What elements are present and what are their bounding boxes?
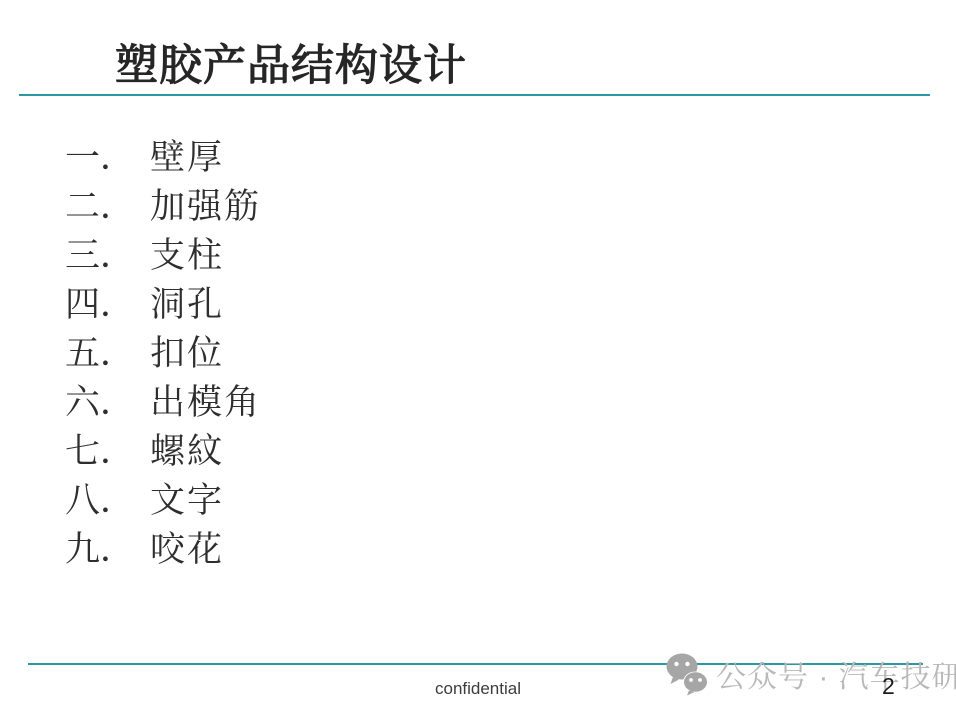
toc-item-number: 九． bbox=[65, 522, 150, 572]
toc-item: 六．出模角 bbox=[65, 375, 261, 424]
toc-item: 七．螺紋 bbox=[65, 424, 261, 473]
toc-item-number: 一． bbox=[65, 130, 150, 180]
toc-item-label: 支柱 bbox=[150, 228, 224, 278]
toc-item-label: 文字 bbox=[150, 473, 224, 523]
toc-item-number: 五． bbox=[65, 326, 150, 376]
toc-item: 三．支柱 bbox=[65, 228, 261, 277]
toc-item-number: 二． bbox=[65, 179, 150, 229]
toc-item: 五．扣位 bbox=[65, 326, 261, 375]
toc-item-label: 壁厚 bbox=[150, 130, 224, 180]
toc-item-label: 螺紋 bbox=[150, 424, 224, 474]
title-divider-line bbox=[19, 94, 930, 96]
toc-item-number: 四． bbox=[65, 277, 150, 327]
toc-item-number: 七． bbox=[65, 424, 150, 474]
watermark-label: 公众号 · 汽车技研 bbox=[716, 652, 956, 696]
toc-item-label: 扣位 bbox=[150, 326, 224, 376]
slide-title: 塑胶产品结构设计 bbox=[115, 32, 467, 93]
toc-item-label: 咬花 bbox=[150, 522, 224, 572]
toc-list: 一．壁厚二．加强筋三．支柱四．洞孔五．扣位六．出模角七．螺紋八．文字九．咬花 bbox=[65, 130, 261, 571]
toc-item-number: 八． bbox=[65, 473, 150, 523]
wechat-icon bbox=[666, 652, 708, 696]
toc-item-number: 六． bbox=[65, 375, 150, 425]
page-number: 2 bbox=[882, 673, 895, 700]
toc-item-label: 加强筋 bbox=[150, 179, 261, 229]
toc-item-number: 三． bbox=[65, 228, 150, 278]
toc-item: 一．壁厚 bbox=[65, 130, 261, 179]
watermark: 公众号 · 汽车技研 bbox=[666, 652, 956, 696]
toc-item: 九．咬花 bbox=[65, 522, 261, 571]
toc-item: 二．加强筋 bbox=[65, 179, 261, 228]
toc-item-label: 出模角 bbox=[150, 375, 261, 425]
toc-item: 八．文字 bbox=[65, 473, 261, 522]
toc-item-label: 洞孔 bbox=[150, 277, 224, 327]
toc-item: 四．洞孔 bbox=[65, 277, 261, 326]
